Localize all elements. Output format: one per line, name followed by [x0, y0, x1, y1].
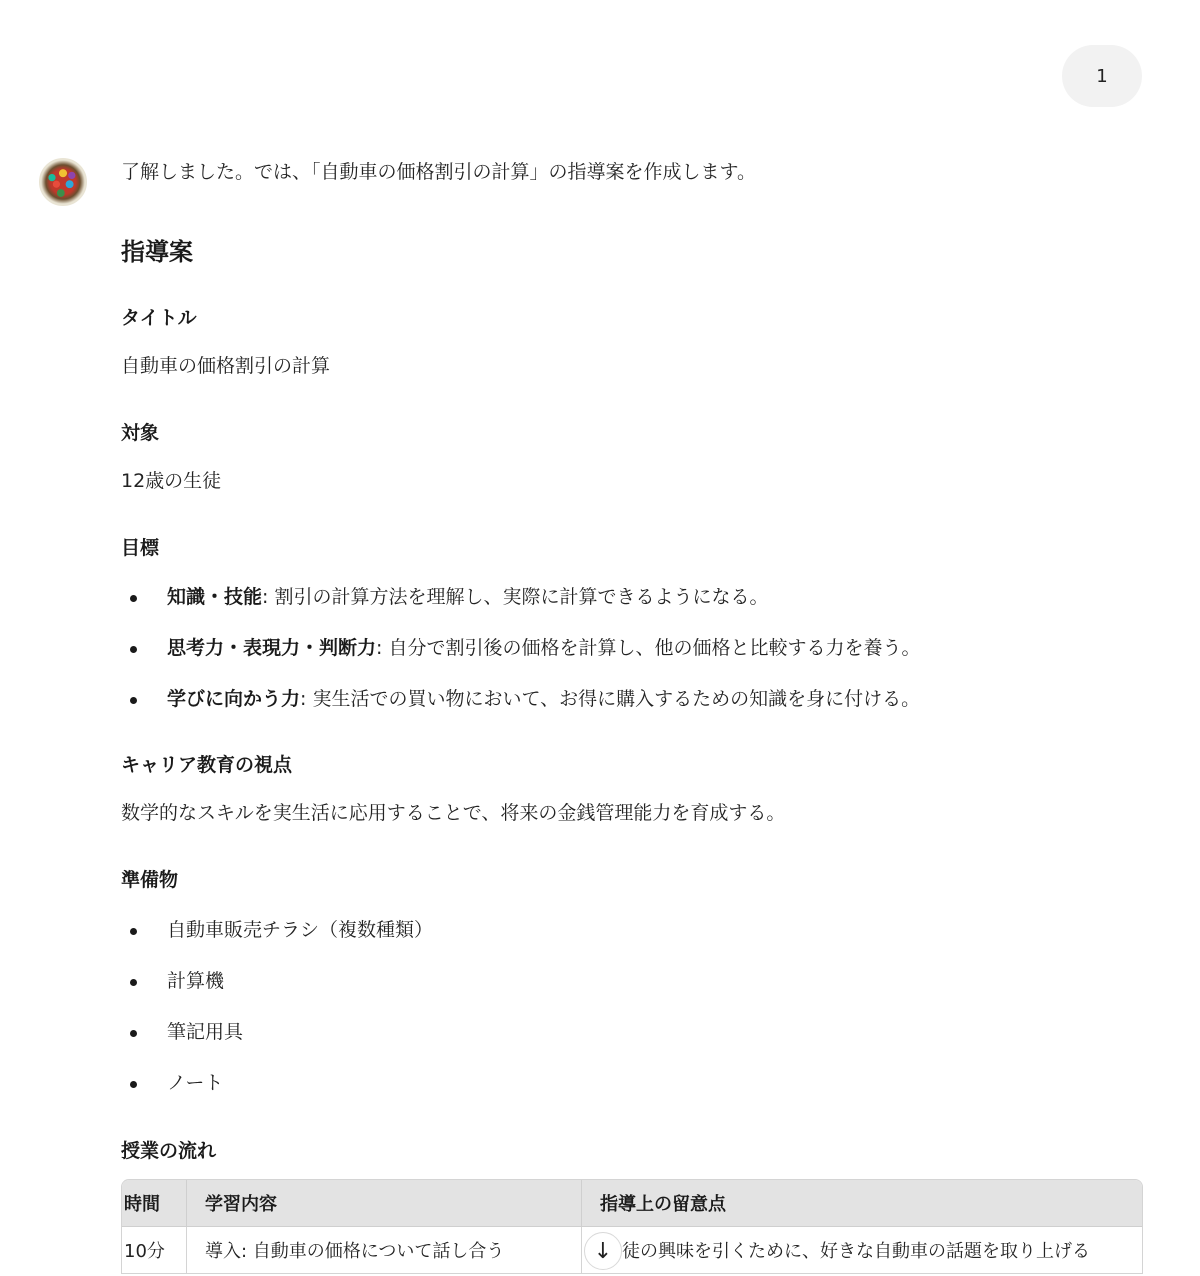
arrow-down-icon: ↓	[594, 1239, 612, 1264]
goal-label: 知識・技能	[167, 586, 262, 608]
assistant-intro: 了解しました。では、「自動車の価格割引の計算」の指導案を作成します。	[121, 152, 1143, 192]
section-materials: 準備物 自動車販売チラシ（複数種類） 計算機 筆記用具 ノート	[121, 866, 1143, 1097]
chat-page: 1 了解しました。では、「自動車の価格割引の計算」の指導案を作成します。 指導案…	[0, 0, 1200, 1276]
section-career: キャリア教育の視点 数学的なスキルを実生活に応用することで、将来の金銭管理能力を…	[121, 751, 1143, 827]
table-row: 10分 導入: 自動車の価格について話し合う 徒の興味を引くために、好きな自動車…	[122, 1227, 1142, 1273]
cell-time: 10分	[122, 1227, 187, 1273]
list-item: 筆記用具	[121, 1018, 1143, 1046]
assistant-message: 了解しました。では、「自動車の価格割引の計算」の指導案を作成します。 指導案 タ…	[121, 164, 1143, 192]
cell-notes: 徒の興味を引くために、好きな自動車の話題を取り上げる	[582, 1227, 1142, 1273]
goal-text: : 割引の計算方法を理解し、実際に計算できるようになる。	[262, 586, 768, 608]
section-target: 対象 12歳の生徒	[121, 419, 1143, 495]
assistant-avatar	[39, 158, 87, 206]
section-heading: 目標	[121, 534, 1143, 562]
section-body: 数学的なスキルを実生活に応用することで、将来の金銭管理能力を育成する。	[121, 799, 1143, 827]
user-message-bubble: 1	[1062, 45, 1142, 107]
section-heading: タイトル	[121, 304, 1143, 332]
section-body: 自動車の価格割引の計算	[121, 352, 1143, 380]
goal-text: : 実生活での買い物において、お得に購入するための知識を身に付ける。	[300, 688, 920, 710]
goals-list: 知識・技能: 割引の計算方法を理解し、実際に計算できるようになる。 思考力・表現…	[121, 583, 1143, 713]
section-heading: 対象	[121, 419, 1143, 447]
goal-label: 学びに向かう力	[167, 688, 300, 710]
section-body: 12歳の生徒	[121, 467, 1143, 495]
lesson-flow-table: 時間 学習内容 指導上の留意点 10分 導入: 自動車の価格について話し合う 徒…	[121, 1179, 1143, 1274]
section-title: タイトル 自動車の価格割引の計算	[121, 304, 1143, 380]
list-item: 思考力・表現力・判断力: 自分で割引後の価格を計算し、他の価格と比較する力を養う…	[121, 634, 1143, 662]
section-heading: 授業の流れ	[121, 1137, 1143, 1165]
list-item: ノート	[121, 1069, 1143, 1097]
list-item: 自動車販売チラシ（複数種類）	[121, 916, 1143, 944]
doc-title: 指導案	[121, 235, 193, 269]
cell-content: 導入: 自動車の価格について話し合う	[187, 1227, 582, 1273]
list-item: 計算機	[121, 967, 1143, 995]
section-heading: 準備物	[121, 866, 1143, 894]
section-goals: 目標 知識・技能: 割引の計算方法を理解し、実際に計算できるようになる。 思考力…	[121, 534, 1143, 713]
goal-text: : 自分で割引後の価格を計算し、他の価格と比較する力を養う。	[376, 637, 920, 659]
column-header-notes: 指導上の留意点	[582, 1180, 1142, 1227]
goal-label: 思考力・表現力・判断力	[167, 637, 376, 659]
section-heading: キャリア教育の視点	[121, 751, 1143, 779]
table-header-row: 時間 学習内容 指導上の留意点	[122, 1180, 1142, 1227]
scroll-to-bottom-button[interactable]: ↓	[584, 1232, 622, 1270]
list-item: 知識・技能: 割引の計算方法を理解し、実際に計算できるようになる。	[121, 583, 1143, 611]
user-message-text: 1	[1096, 66, 1107, 87]
materials-list: 自動車販売チラシ（複数種類） 計算機 筆記用具 ノート	[121, 916, 1143, 1097]
column-header-time: 時間	[122, 1180, 187, 1227]
column-header-content: 学習内容	[187, 1180, 582, 1227]
list-item: 学びに向かう力: 実生活での買い物において、お得に購入するための知識を身に付ける…	[121, 685, 1143, 713]
section-flow: 授業の流れ 時間 学習内容 指導上の留意点 10分 導入: 自動車の価格について…	[121, 1137, 1143, 1274]
